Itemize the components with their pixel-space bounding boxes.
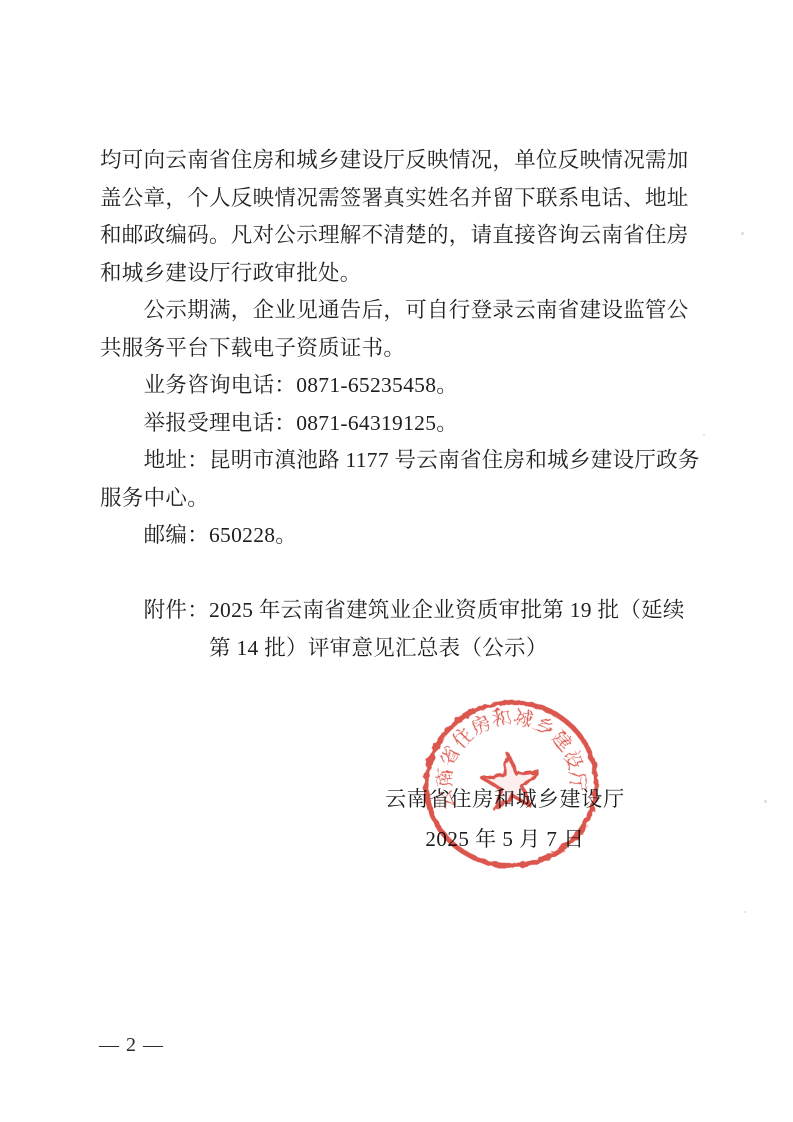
text-line: 和邮政编码。凡对公示理解不清楚的，请直接咨询云南省住房	[100, 217, 710, 255]
page-number: — 2 —	[99, 1031, 164, 1059]
text-line: 附件：2025 年云南省建筑业企业资质审批第 19 批（延续	[100, 592, 710, 630]
scan-speck	[764, 800, 767, 803]
text-line: 业务咨询电话：0871-65235458。	[100, 367, 710, 405]
scan-speck	[741, 232, 744, 235]
text-line: 盖公章，个人反映情况需签署真实姓名并留下联系电话、地址	[100, 180, 710, 218]
text-line: 和城乡建设厅行政审批处。	[100, 255, 710, 293]
text-line	[100, 555, 710, 593]
text-line: 均可向云南省住房和城乡建设厅反映情况，单位反映情况需加	[100, 142, 710, 180]
scan-speck	[703, 434, 705, 436]
signature-date: 2025 年 5 月 7 日	[330, 819, 680, 859]
text-line: 举报受理电话：0871-64319125。	[100, 405, 710, 443]
text-line: 邮编：650228。	[100, 517, 710, 555]
document-page: 均可向云南省住房和城乡建设厅反映情况，单位反映情况需加盖公章，个人反映情况需签署…	[0, 0, 793, 1122]
text-line: 第 14 批）评审意见汇总表（公示）	[100, 630, 710, 668]
signature-block: 云南省住房和城乡建设厅 2025 年 5 月 7 日	[330, 779, 680, 859]
text-line: 共服务平台下载电子资质证书。	[100, 330, 710, 368]
text-line: 地址：昆明市滇池路 1177 号云南省住房和城乡建设厅政务	[100, 442, 710, 480]
scan-speck	[744, 911, 746, 913]
body-text-block: 均可向云南省住房和城乡建设厅反映情况，单位反映情况需加盖公章，个人反映情况需签署…	[100, 142, 710, 667]
text-line: 服务中心。	[100, 480, 710, 518]
text-line: 公示期满，企业见通告后，可自行登录云南省建设监管公	[100, 292, 710, 330]
signature-org: 云南省住房和城乡建设厅	[330, 779, 680, 819]
